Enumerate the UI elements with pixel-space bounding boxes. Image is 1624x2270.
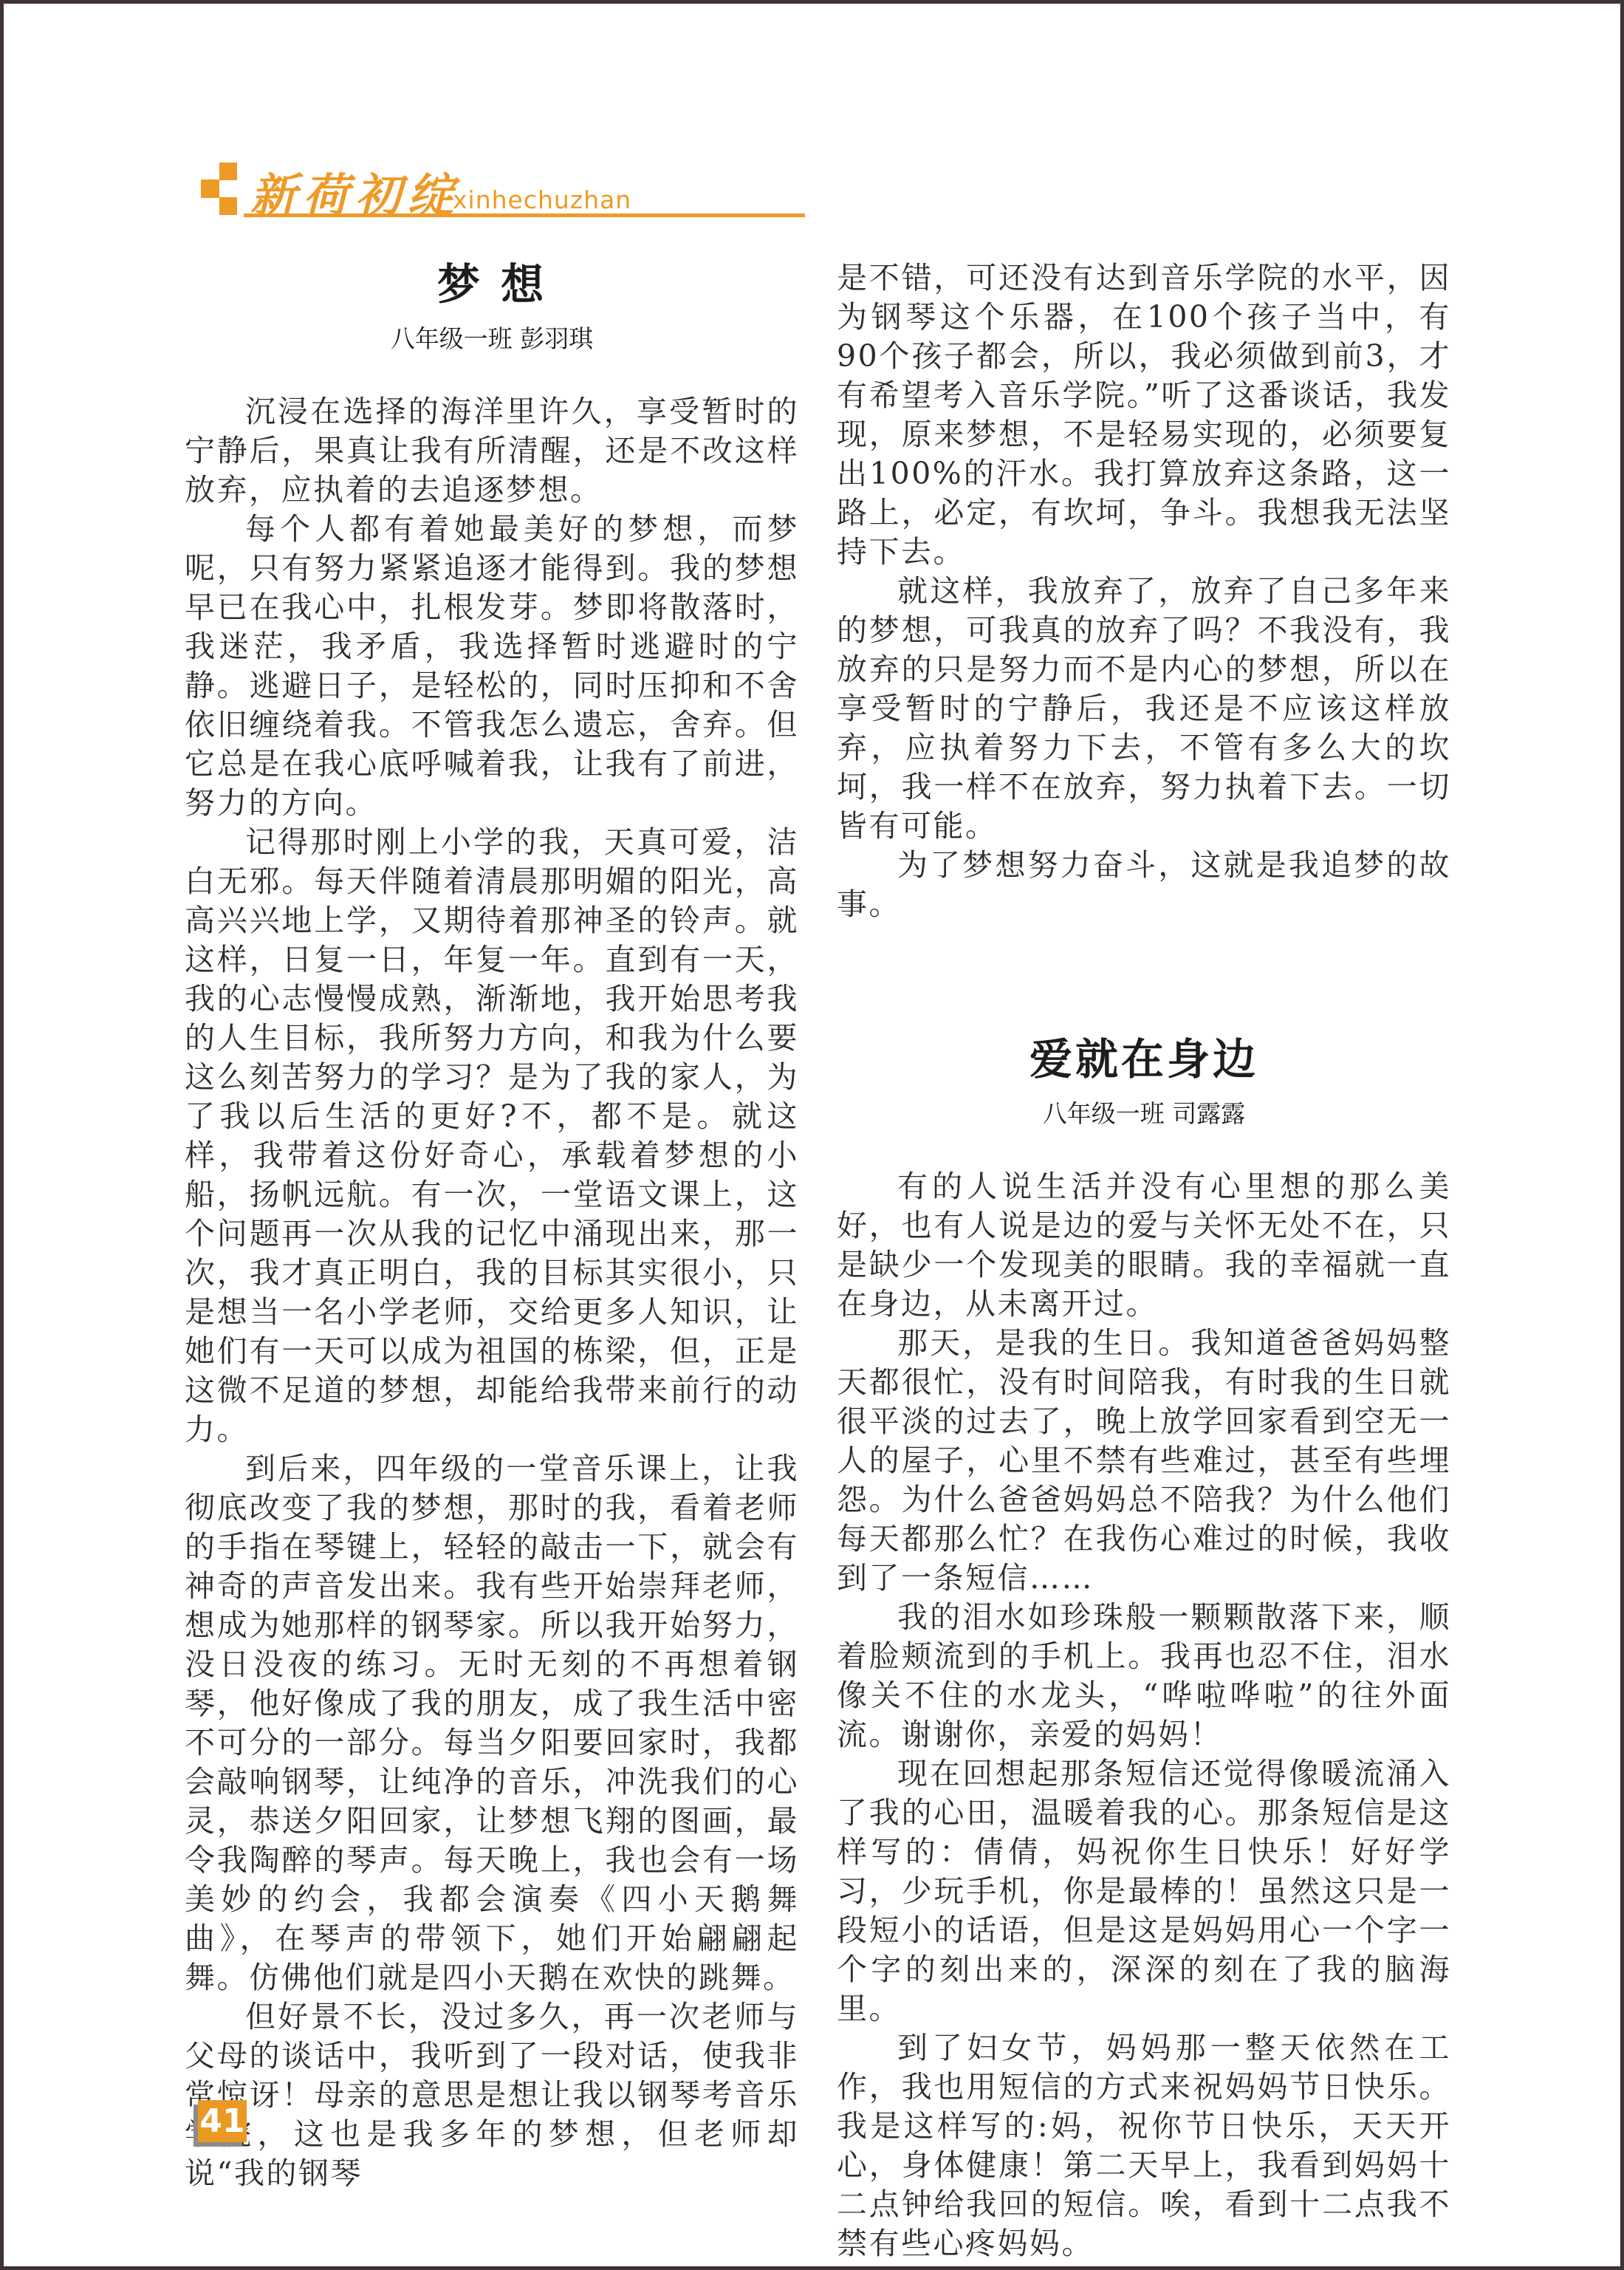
essay1-title: 梦 想 bbox=[185, 259, 799, 310]
essay1-paragraph: 每个人都有着她最美好的梦想，而梦呢，只有努力紧紧追逐才能得到。我的梦想早已在我心… bbox=[185, 510, 799, 823]
essay1-paragraph-continued: 是不错，可还没有达到音乐学院的水平，因为钢琴这个乐器，在100个孩子当中，有90… bbox=[837, 259, 1451, 572]
essay1-paragraph: 就这样，我放弃了，放弃了自己多年来的梦想，可我真的放弃了吗？不我没有，我放弃的只… bbox=[837, 572, 1451, 846]
essay1-paragraph: 为了梦想努力奋斗，这就是我追梦的故事。 bbox=[837, 846, 1451, 924]
essay1-author: 八年级一班 彭羽琪 bbox=[185, 322, 799, 355]
essay2-body: 有的人说生活并没有心里想的那么美好，也有人说是边的爱与关怀无处不在，只是缺少一个… bbox=[837, 1167, 1451, 2263]
essay2-author: 八年级一班 司露露 bbox=[837, 1097, 1451, 1130]
magazine-page: 新荷初绽 xinhechuzhan 梦 想 八年级一班 彭羽琪 沉浸在选择的海洋… bbox=[0, 0, 1624, 2270]
brand-square-bottom-icon bbox=[219, 197, 237, 215]
brand-square-middle-icon bbox=[201, 180, 219, 198]
page-number-badge: 41 bbox=[198, 2100, 247, 2142]
brand-square-top-icon bbox=[219, 163, 237, 180]
essay1-paragraph: 沉浸在选择的海洋里许久，享受暂时的宁静后，果真让我有所清醒，还是不改这样放弃，应… bbox=[185, 392, 799, 510]
essay1-paragraph: 记得那时刚上小学的我，天真可爱，洁白无邪。每天伴随着清晨那明媚的阳光，高高兴兴地… bbox=[185, 823, 799, 1449]
essay2-title: 爱就在身边 bbox=[837, 1033, 1451, 1085]
right-column: 是不错，可还没有达到音乐学院的水平，因为钢琴这个乐器，在100个孩子当中，有90… bbox=[837, 259, 1451, 2263]
essay2-section: 爱就在身边 八年级一班 司露露 有的人说生活并没有心里想的那么美好，也有人说是边… bbox=[837, 1033, 1451, 2263]
left-column: 梦 想 八年级一班 彭羽琪 沉浸在选择的海洋里许久，享受暂时的宁静后，果真让我有… bbox=[185, 259, 799, 2193]
essay1-paragraph: 到后来，四年级的一堂音乐课上，让我彻底改变了我的梦想，那时的我，看着老师的手指在… bbox=[185, 1449, 799, 1997]
essay2-paragraph: 那天，是我的生日。我知道爸爸妈妈整天都很忙，没有时间陪我，有时我的生日就很平淡的… bbox=[837, 1324, 1451, 1598]
header-rule bbox=[244, 213, 805, 217]
brand-pinyin: xinhechuzhan bbox=[453, 185, 631, 214]
essay1-body-right: 是不错，可还没有达到音乐学院的水平，因为钢琴这个乐器，在100个孩子当中，有90… bbox=[837, 259, 1451, 924]
essay2-paragraph: 我的泪水如珍珠般一颗颗散落下来，顺着脸颊流到的手机上。我再也忍不住，泪水像关不住… bbox=[837, 1598, 1451, 1754]
brand-squares-icon bbox=[201, 161, 238, 216]
essay1-paragraph: 但好景不长，没过多久，再一次老师与父母的谈话中，我听到了一段对话，使我非常惊讶！… bbox=[185, 1997, 799, 2193]
essay2-paragraph: 到了妇女节，妈妈那一整天依然在工作，我也用短信的方式来祝妈妈节日快乐。我是这样写… bbox=[837, 2028, 1451, 2263]
essay2-paragraph: 现在回想起那条短信还觉得像暖流涌入了我的心田，温暖着我的心。那条短信是这样写的：… bbox=[837, 1754, 1451, 2028]
essay1-body-left: 沉浸在选择的海洋里许久，享受暂时的宁静后，果真让我有所清醒，还是不改这样放弃，应… bbox=[185, 392, 799, 2193]
essay2-paragraph: 有的人说生活并没有心里想的那么美好，也有人说是边的爱与关怀无处不在，只是缺少一个… bbox=[837, 1167, 1451, 1324]
